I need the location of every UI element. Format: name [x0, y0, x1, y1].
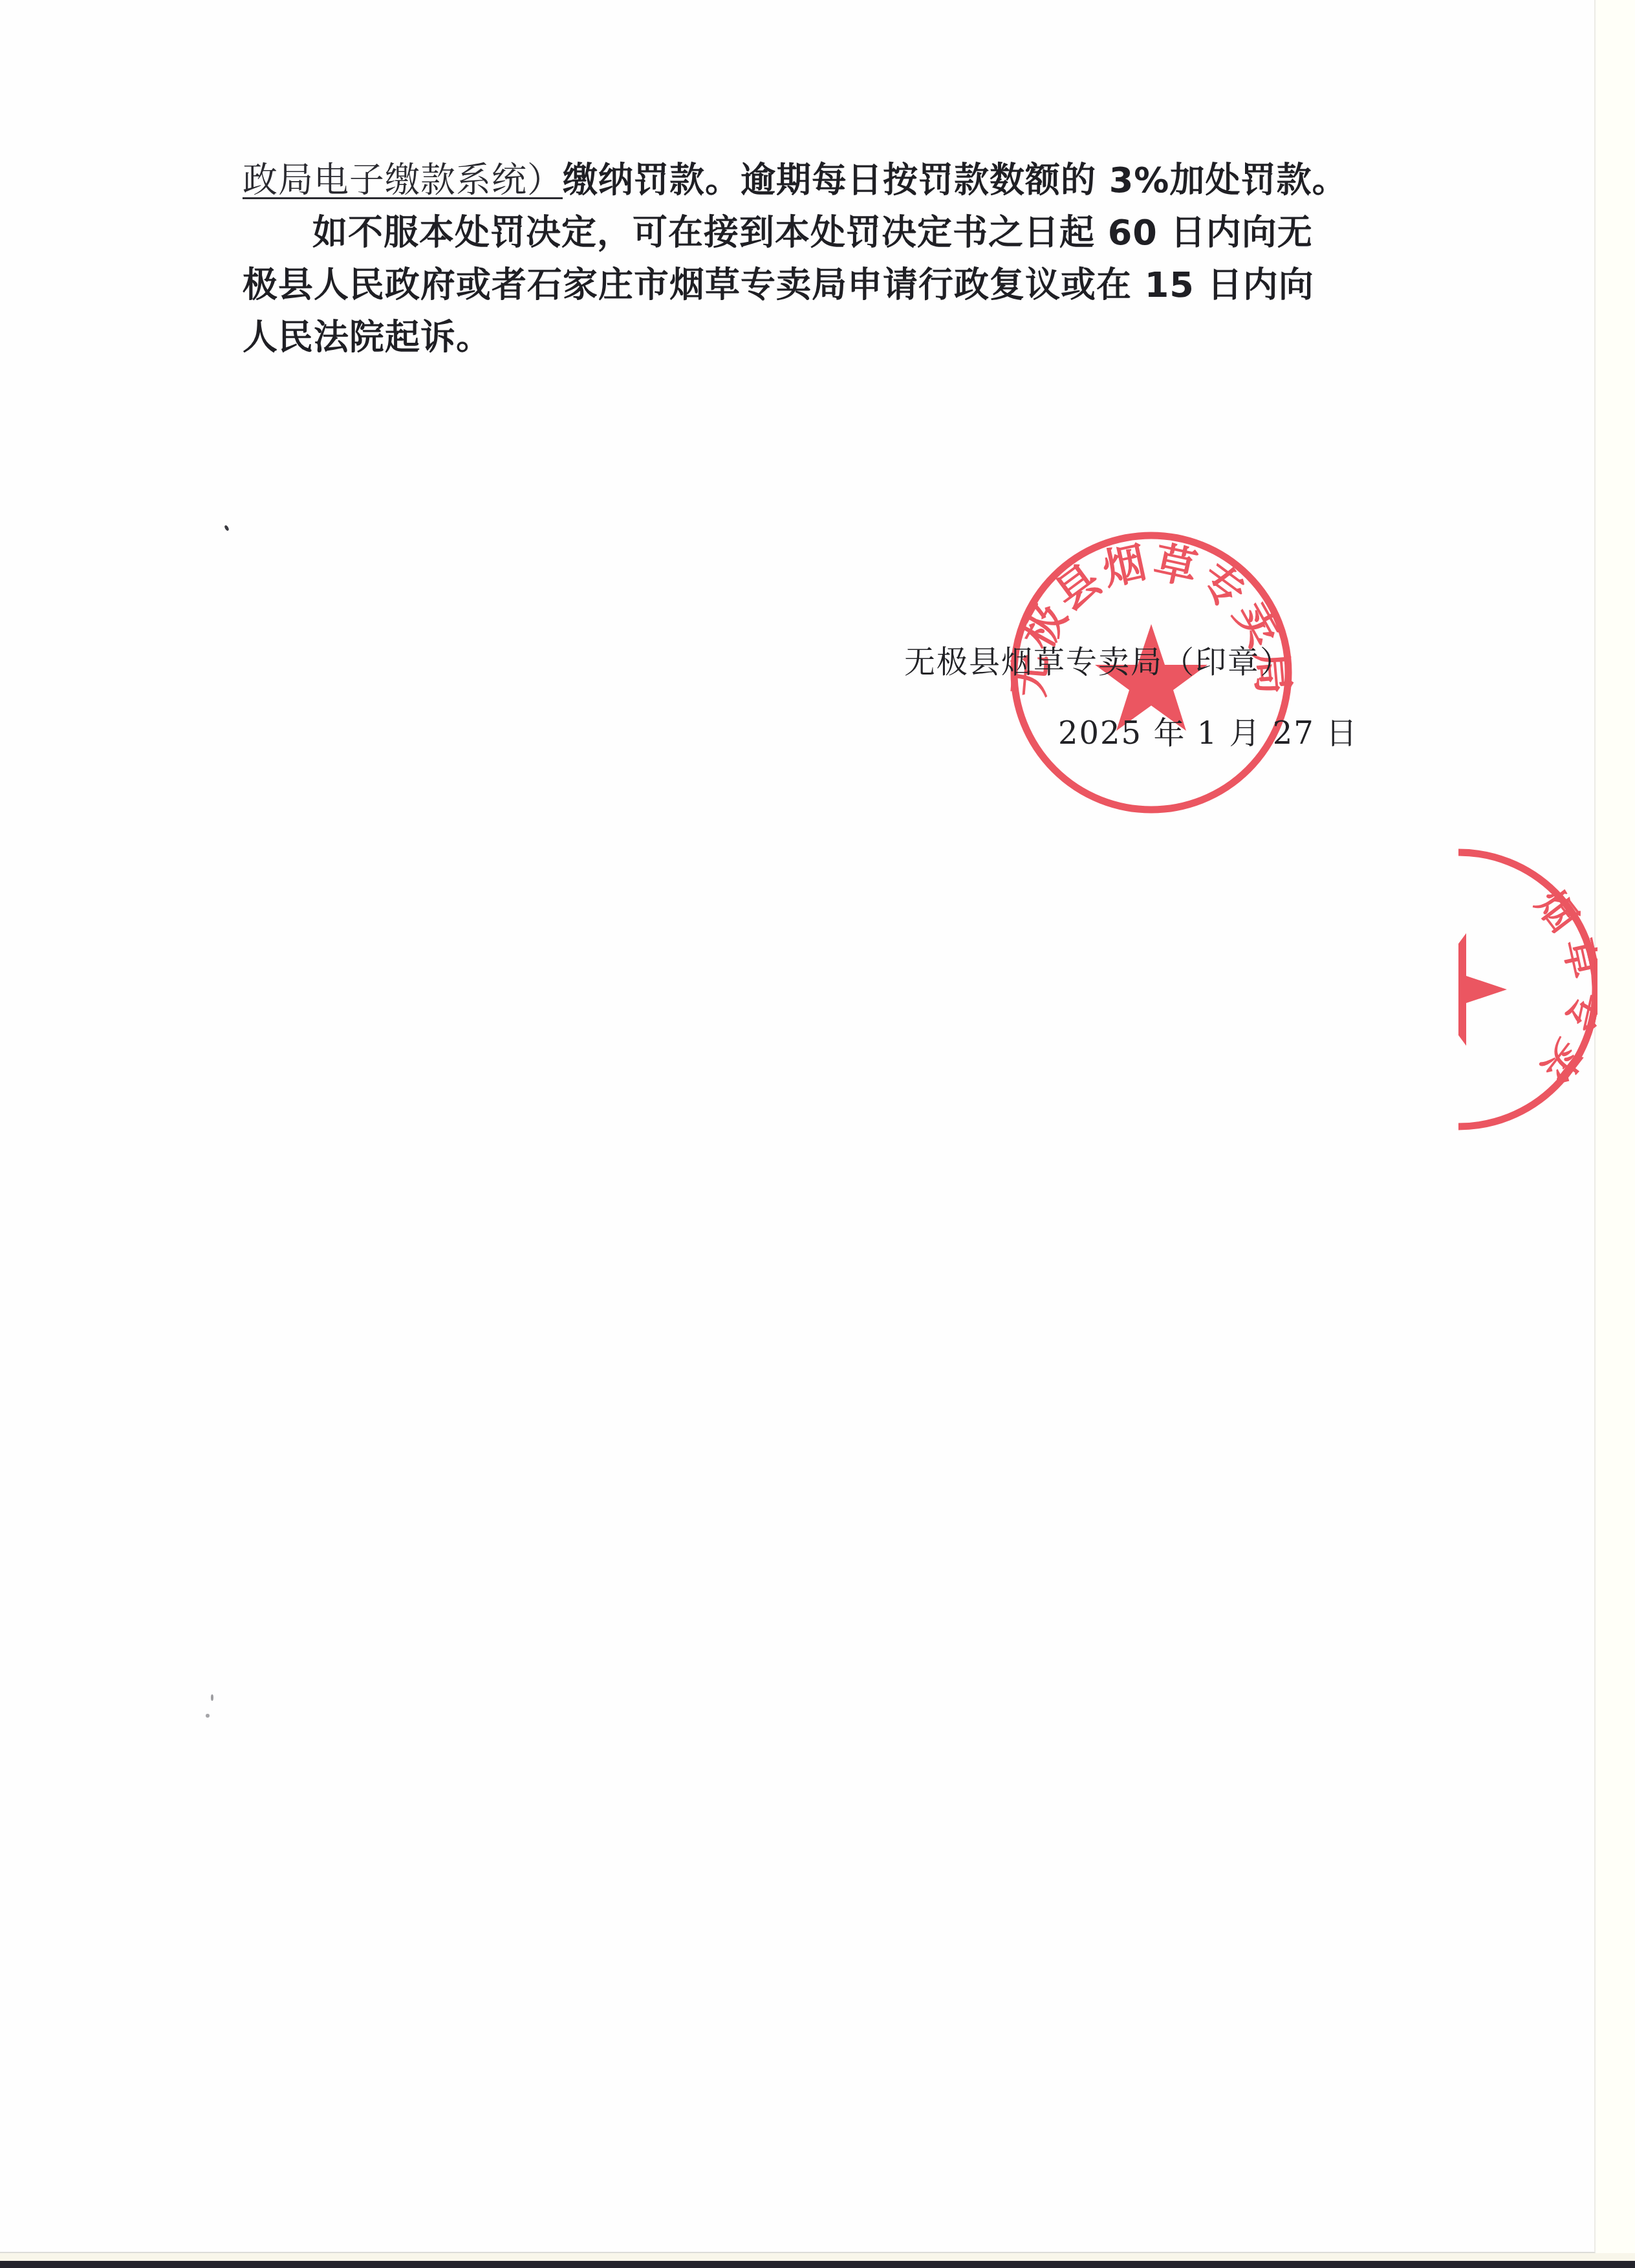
- half-seal-edge: 烟草专卖: [1458, 841, 1597, 1138]
- issue-date: 2025 年 1 月 27 日: [1058, 708, 1358, 753]
- underlined-payment-system: 政局电子缴款系统）: [243, 160, 563, 200]
- scan-speck: [206, 1714, 210, 1718]
- appeal-line-3: 人民法院起诉。: [243, 311, 1368, 363]
- half-seal-text: 烟草专卖: [1526, 881, 1597, 1097]
- star-icon: [1458, 933, 1507, 1046]
- appeal-line-1: 如不服本处罚决定，可在接到本处罚决定书之日起 60 日内向无: [243, 206, 1368, 259]
- scan-speck: [211, 1694, 213, 1701]
- issuing-organization: 无极县烟草专卖局（印章）: [904, 637, 1292, 682]
- scanner-border: [0, 2261, 1635, 2268]
- paragraph-payment-line: 政局电子缴款系统）缴纳罚款。逾期每日按罚款数额的 3%加处罚款。: [243, 154, 1368, 206]
- half-seal-graphic: 烟草专卖: [1458, 841, 1597, 1138]
- payment-instructions-text: 缴纳罚款。逾期每日按罚款数额的 3%加处罚款。: [563, 160, 1347, 200]
- appeal-line-2: 极县人民政府或者石家庄市烟草专卖局申请行政复议或在 15 日内向: [243, 259, 1368, 311]
- paper-edge-bottom: [0, 2253, 1635, 2261]
- document-body: 政局电子缴款系统）缴纳罚款。逾期每日按罚款数额的 3%加处罚款。 如不服本处罚决…: [243, 154, 1368, 363]
- svg-text:烟草专卖: 烟草专卖: [1526, 881, 1597, 1097]
- paper-edge-right: [1596, 0, 1635, 2253]
